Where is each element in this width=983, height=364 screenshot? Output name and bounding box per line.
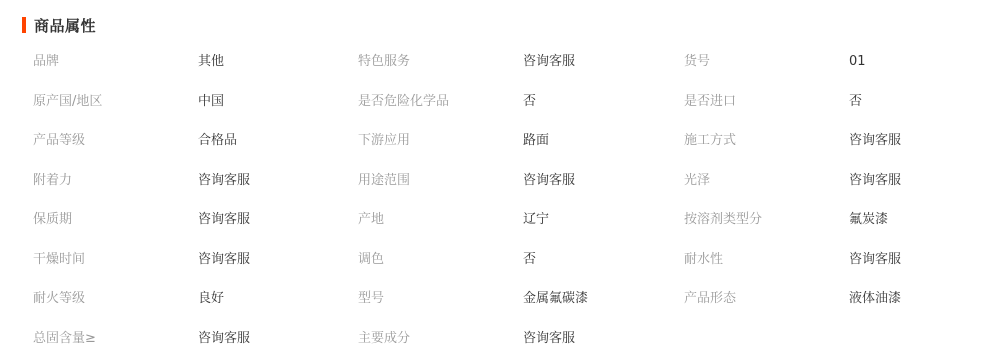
attribute-label: 保质期 [33, 212, 72, 228]
attributes-table: 品牌 其他 特色服务 咨询客服 货号 01 原产国/地区 中国 是否危险化学品 … [0, 42, 983, 358]
accent-bar [22, 17, 26, 33]
attribute-value: 咨询客服 [198, 331, 250, 347]
attribute-value: 否 [523, 94, 536, 110]
attribute-label: 按溶剂类型分 [684, 212, 762, 228]
attribute-value: 咨询客服 [523, 331, 575, 347]
attribute-value: 咨询客服 [849, 133, 901, 149]
attribute-label: 是否进口 [684, 94, 736, 110]
attribute-label: 光泽 [684, 173, 710, 189]
attribute-value: 咨询客服 [198, 173, 250, 189]
attribute-row: 耐火等级 良好 型号 金属氟碳漆 产品形态 液体油漆 [0, 279, 983, 319]
attribute-label: 耐水性 [684, 252, 723, 268]
attribute-row: 保质期 咨询客服 产地 辽宁 按溶剂类型分 氟炭漆 [0, 200, 983, 240]
attribute-label: 货号 [684, 54, 710, 70]
attribute-label: 原产国/地区 [33, 94, 102, 110]
attribute-value: 氟炭漆 [849, 212, 888, 228]
section-title: 商品属性 [34, 15, 96, 36]
attribute-value: 咨询客服 [198, 212, 250, 228]
attribute-label: 耐火等级 [33, 291, 85, 307]
attribute-row: 产品等级 合格品 下游应用 路面 施工方式 咨询客服 [0, 121, 983, 161]
attribute-label: 主要成分 [358, 331, 410, 347]
attribute-value: 中国 [198, 94, 224, 110]
attribute-value: 01 [849, 54, 866, 70]
attribute-value: 其他 [198, 54, 224, 70]
attribute-label: 产地 [358, 212, 384, 228]
section-header: 商品属性 [22, 15, 96, 35]
attribute-value: 辽宁 [523, 212, 549, 228]
attribute-value: 咨询客服 [523, 54, 575, 70]
attribute-label: 干燥时间 [33, 252, 85, 268]
attribute-label: 用途范围 [358, 173, 410, 189]
attribute-label: 总固含量≥ [33, 331, 96, 347]
attribute-label: 附着力 [33, 173, 72, 189]
attribute-label: 特色服务 [358, 54, 410, 70]
attribute-row: 原产国/地区 中国 是否危险化学品 否 是否进口 否 [0, 82, 983, 122]
attribute-value: 咨询客服 [849, 173, 901, 189]
attribute-value: 否 [849, 94, 862, 110]
attribute-label: 品牌 [33, 54, 59, 70]
attribute-value: 液体油漆 [849, 291, 901, 307]
attribute-value: 合格品 [198, 133, 237, 149]
attribute-value: 咨询客服 [198, 252, 250, 268]
attribute-label: 下游应用 [358, 133, 410, 149]
attribute-value: 路面 [523, 133, 549, 149]
attribute-value: 金属氟碳漆 [523, 291, 588, 307]
attribute-row: 干燥时间 咨询客服 调色 否 耐水性 咨询客服 [0, 240, 983, 280]
attribute-label: 是否危险化学品 [358, 94, 449, 110]
attribute-label: 产品等级 [33, 133, 85, 149]
attribute-value: 咨询客服 [849, 252, 901, 268]
attribute-value: 咨询客服 [523, 173, 575, 189]
attribute-row: 附着力 咨询客服 用途范围 咨询客服 光泽 咨询客服 [0, 161, 983, 201]
attribute-value: 否 [523, 252, 536, 268]
attribute-row: 品牌 其他 特色服务 咨询客服 货号 01 [0, 42, 983, 82]
attribute-value: 良好 [198, 291, 224, 307]
attribute-label: 型号 [358, 291, 384, 307]
attribute-label: 调色 [358, 252, 384, 268]
attribute-row: 总固含量≥ 咨询客服 主要成分 咨询客服 [0, 319, 983, 359]
attribute-label: 产品形态 [684, 291, 736, 307]
attribute-label: 施工方式 [684, 133, 736, 149]
